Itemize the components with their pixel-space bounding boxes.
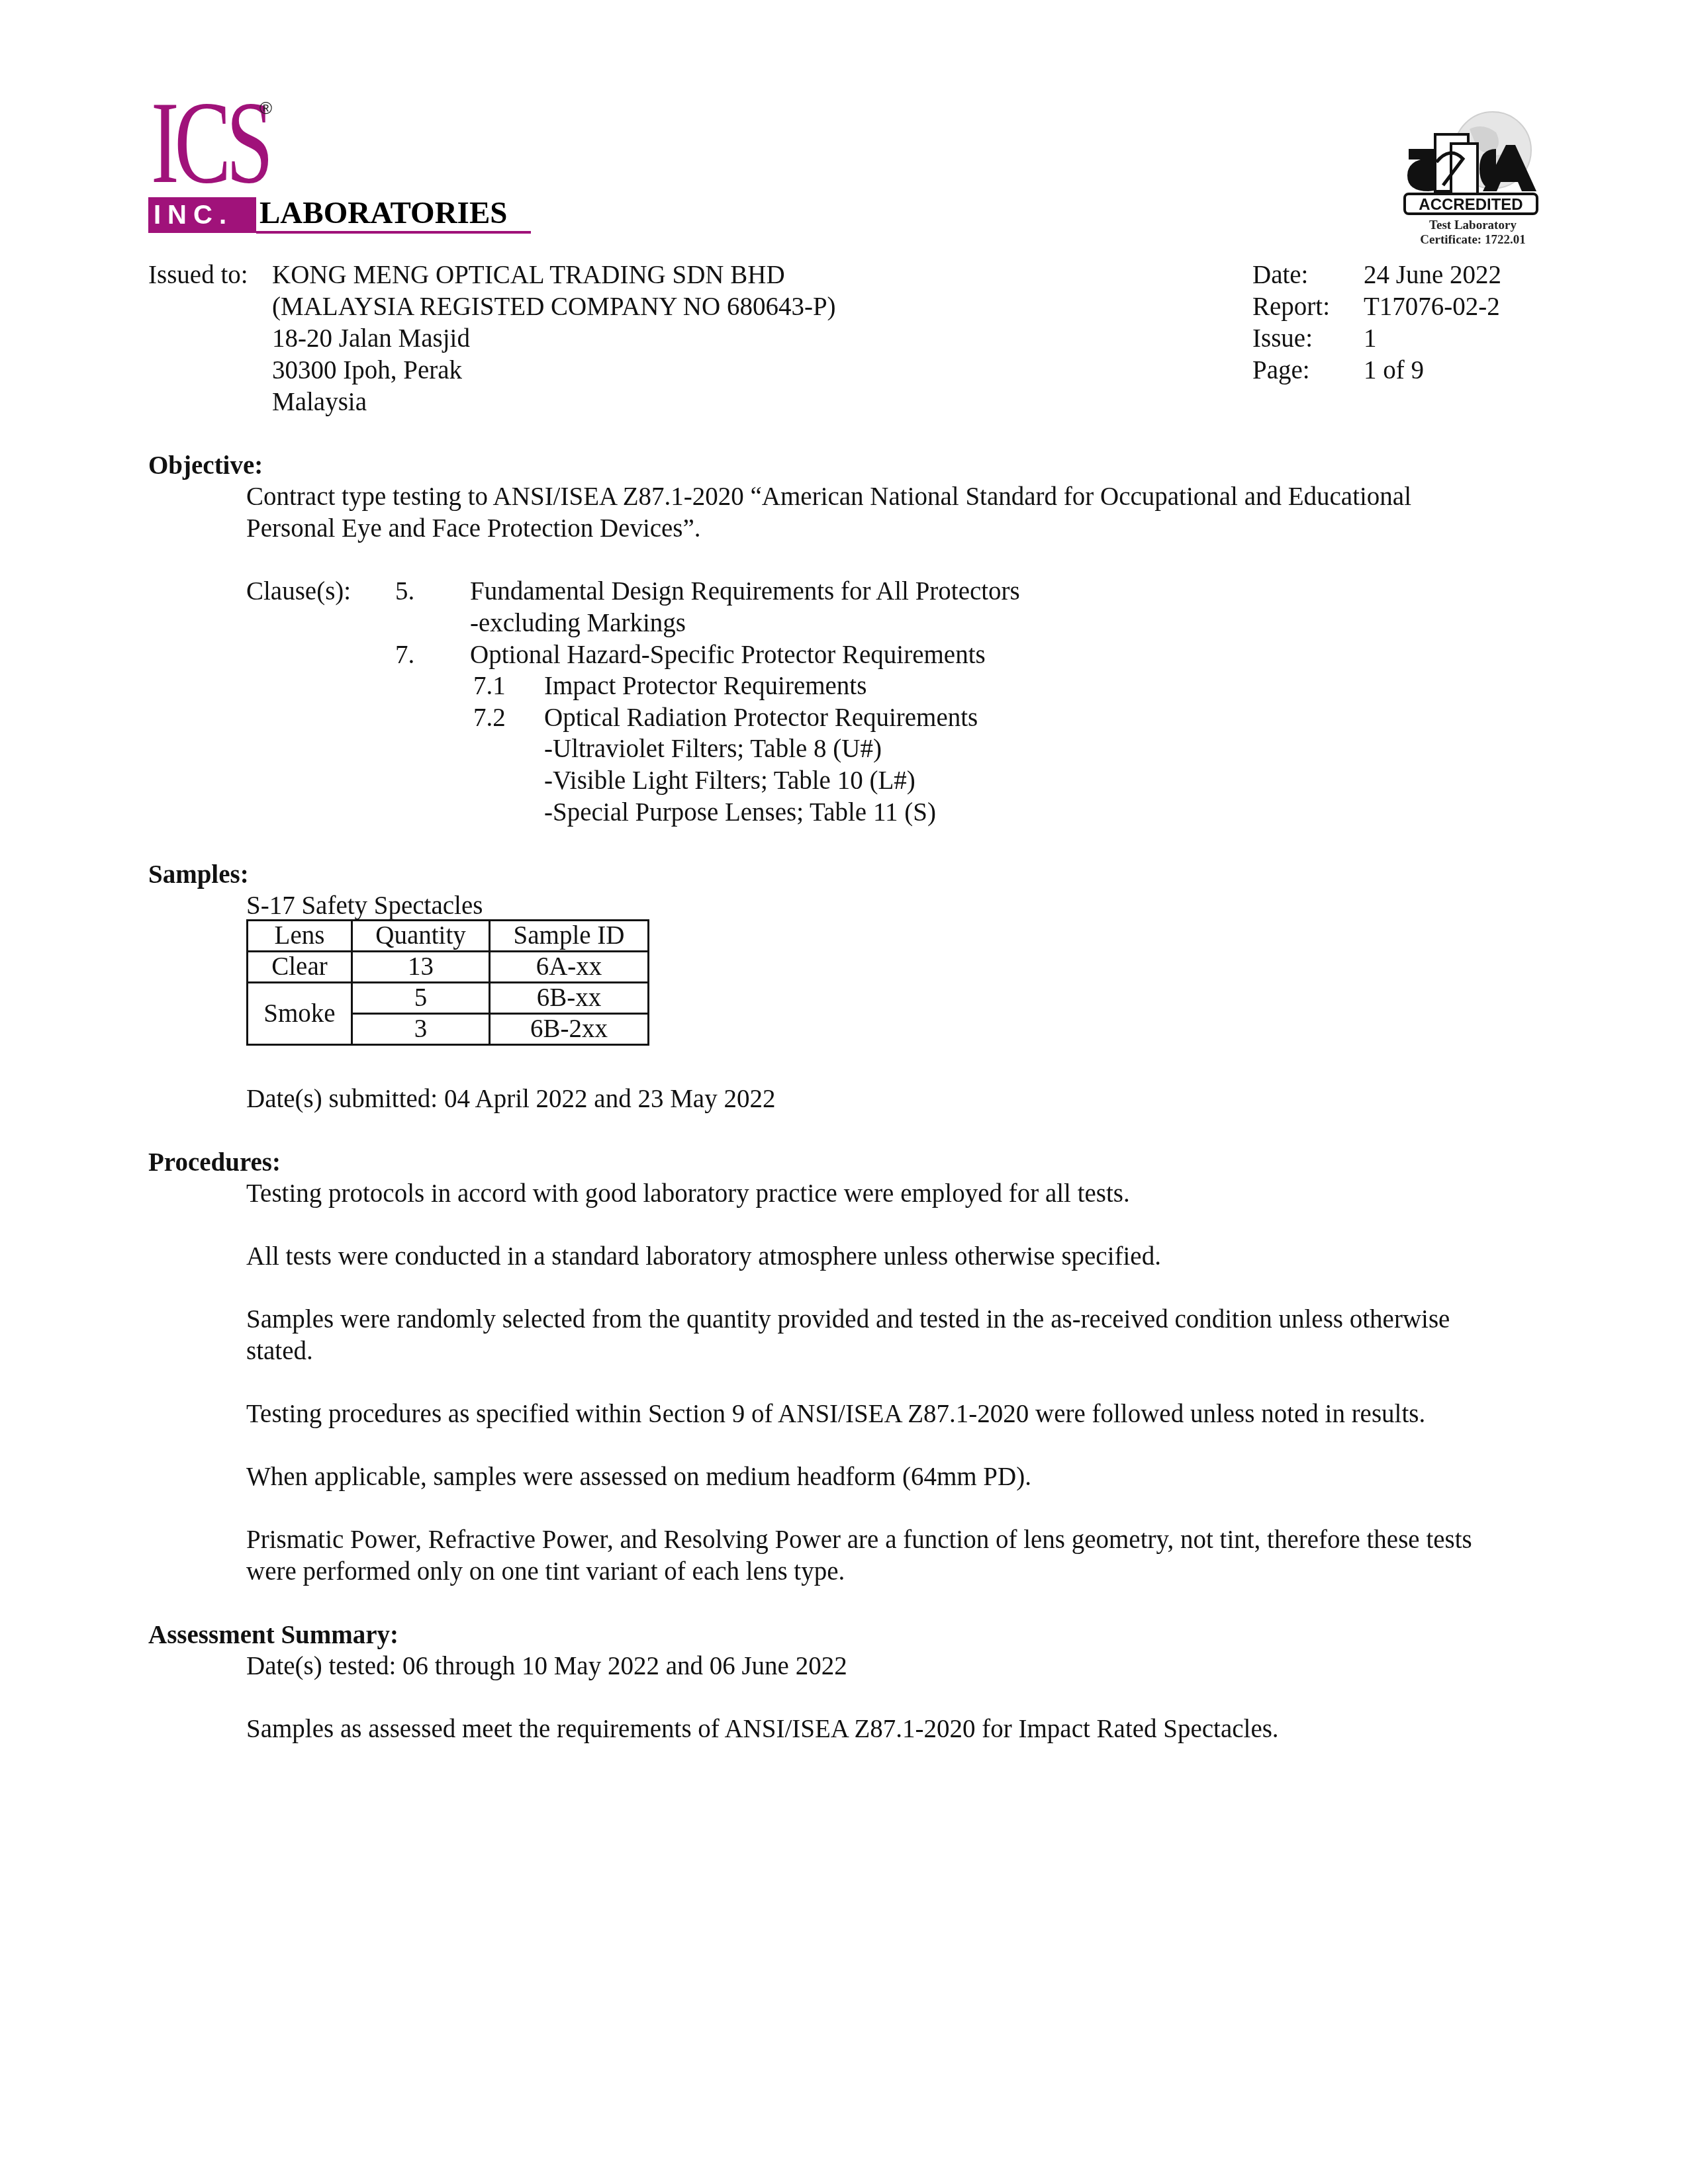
subitems: -Ultraviolet Filters; Table 8 (U#) -Visi…: [544, 733, 936, 829]
column-header-quantity: Quantity: [352, 921, 490, 952]
page-label: Page:: [1252, 355, 1330, 387]
accreditation-line1: Test Laboratory: [1393, 218, 1552, 233]
logo-inc-label: INC.: [154, 197, 233, 233]
subclause-text: Optical Radiation Protector Requirements: [544, 702, 978, 734]
subitem-special-purpose: -Special Purpose Lenses; Table 11 (S): [544, 797, 936, 829]
accreditation-certificate: Test Laboratory Certificate: 1722.01: [1393, 218, 1552, 248]
subclause-number: 7.2: [473, 702, 506, 734]
a2la-logo-icon: ACCREDITED: [1397, 109, 1546, 215]
logo-underline: [256, 231, 531, 234]
procedure-paragraph: Testing protocols in accord with good la…: [246, 1178, 1130, 1210]
samples-heading: Samples:: [148, 859, 249, 891]
cell-lens: Clear: [248, 952, 352, 983]
procedures-heading: Procedures:: [148, 1147, 281, 1179]
column-header-sample-id: Sample ID: [490, 921, 649, 952]
procedure-line: Prismatic Power, Refractive Power, and R…: [246, 1524, 1472, 1556]
address-city: 30300 Ipoh, Perak: [272, 355, 836, 387]
clause-text: Optional Hazard-Specific Protector Requi…: [470, 639, 986, 671]
date-value: 24 June 2022: [1364, 259, 1501, 291]
report-label: Report:: [1252, 291, 1330, 323]
samples-table: Lens Quantity Sample ID Clear 13 6A-xx S…: [246, 919, 649, 1046]
report-number: T17076-02-2: [1364, 291, 1501, 323]
report-meta-labels: Date: Report: Issue: Page:: [1252, 259, 1330, 387]
clause-number: 7.: [395, 639, 414, 671]
procedure-paragraph: Testing procedures as specified within S…: [246, 1398, 1425, 1430]
company-name: KONG MENG OPTICAL TRADING SDN BHD: [272, 259, 836, 291]
cell-sample-id: 6B-xx: [490, 983, 649, 1014]
procedure-paragraph: When applicable, samples were assessed o…: [246, 1461, 1031, 1493]
cell-quantity: 3: [352, 1014, 490, 1045]
cell-quantity: 13: [352, 952, 490, 983]
objective-line: Contract type testing to ANSI/ISEA Z87.1…: [246, 481, 1411, 513]
issue-label: Issue:: [1252, 323, 1330, 355]
dates-submitted: Date(s) submitted: 04 April 2022 and 23 …: [246, 1083, 775, 1115]
cell-sample-id: 6B-2xx: [490, 1014, 649, 1045]
assessment-heading: Assessment Summary:: [148, 1619, 399, 1651]
subclause-number: 7.1: [473, 670, 506, 702]
clause-text: -excluding Markings: [470, 608, 686, 639]
procedure-line: Samples were randomly selected from the …: [246, 1304, 1450, 1336]
registered-trademark-icon: ®: [259, 98, 272, 118]
clause-text: Fundamental Design Requirements for All …: [470, 576, 1020, 608]
logo-brand-text: ICS: [151, 93, 269, 192]
procedure-line: were performed only on one tint variant …: [246, 1556, 1472, 1588]
issued-to-label: Issued to:: [148, 259, 248, 291]
address-country: Malaysia: [272, 387, 836, 418]
objective-heading: Objective:: [148, 450, 263, 482]
table-row: Clear 13 6A-xx: [248, 952, 649, 983]
objective-line: Personal Eye and Face Protection Devices…: [246, 513, 1411, 545]
date-label: Date:: [1252, 259, 1330, 291]
table-header-row: Lens Quantity Sample ID: [248, 921, 649, 952]
accreditation-line2: Certificate: 1722.01: [1393, 233, 1552, 248]
column-header-lens: Lens: [248, 921, 352, 952]
svg-text:ACCREDITED: ACCREDITED: [1419, 196, 1523, 214]
procedure-paragraph: Prismatic Power, Refractive Power, and R…: [246, 1524, 1472, 1588]
cell-lens: Smoke: [248, 983, 352, 1045]
cell-quantity: 5: [352, 983, 490, 1014]
objective-text: Contract type testing to ANSI/ISEA Z87.1…: [246, 481, 1411, 545]
clauses-label: Clause(s):: [246, 576, 351, 608]
subclause-text: Impact Protector Requirements: [544, 670, 867, 702]
procedure-line: stated.: [246, 1336, 1450, 1367]
subitem-ultraviolet: -Ultraviolet Filters; Table 8 (U#): [544, 733, 936, 765]
issued-to-address: KONG MENG OPTICAL TRADING SDN BHD (MALAY…: [272, 259, 836, 418]
dates-tested: Date(s) tested: 06 through 10 May 2022 a…: [246, 1651, 847, 1682]
procedure-paragraph: All tests were conducted in a standard l…: [246, 1241, 1161, 1273]
page-number: 1 of 9: [1364, 355, 1501, 387]
subitem-visible-light: -Visible Light Filters; Table 10 (L#): [544, 765, 936, 797]
cell-sample-id: 6A-xx: [490, 952, 649, 983]
assessment-conclusion: Samples as assessed meet the requirement…: [246, 1713, 1279, 1745]
clause-number: 5.: [395, 576, 414, 608]
report-meta-values: 24 June 2022 T17076-02-2 1 1 of 9: [1364, 259, 1501, 387]
samples-product: S-17 Safety Spectacles: [246, 890, 483, 922]
issue-number: 1: [1364, 323, 1501, 355]
company-registration: (MALAYSIA REGISTED COMPANY NO 680643-P): [272, 291, 836, 323]
logo-laboratories-label: LABORATORIES: [259, 196, 507, 230]
procedure-paragraph: Samples were randomly selected from the …: [246, 1304, 1450, 1367]
address-street: 18-20 Jalan Masjid: [272, 323, 836, 355]
table-row: Smoke 5 6B-xx: [248, 983, 649, 1014]
